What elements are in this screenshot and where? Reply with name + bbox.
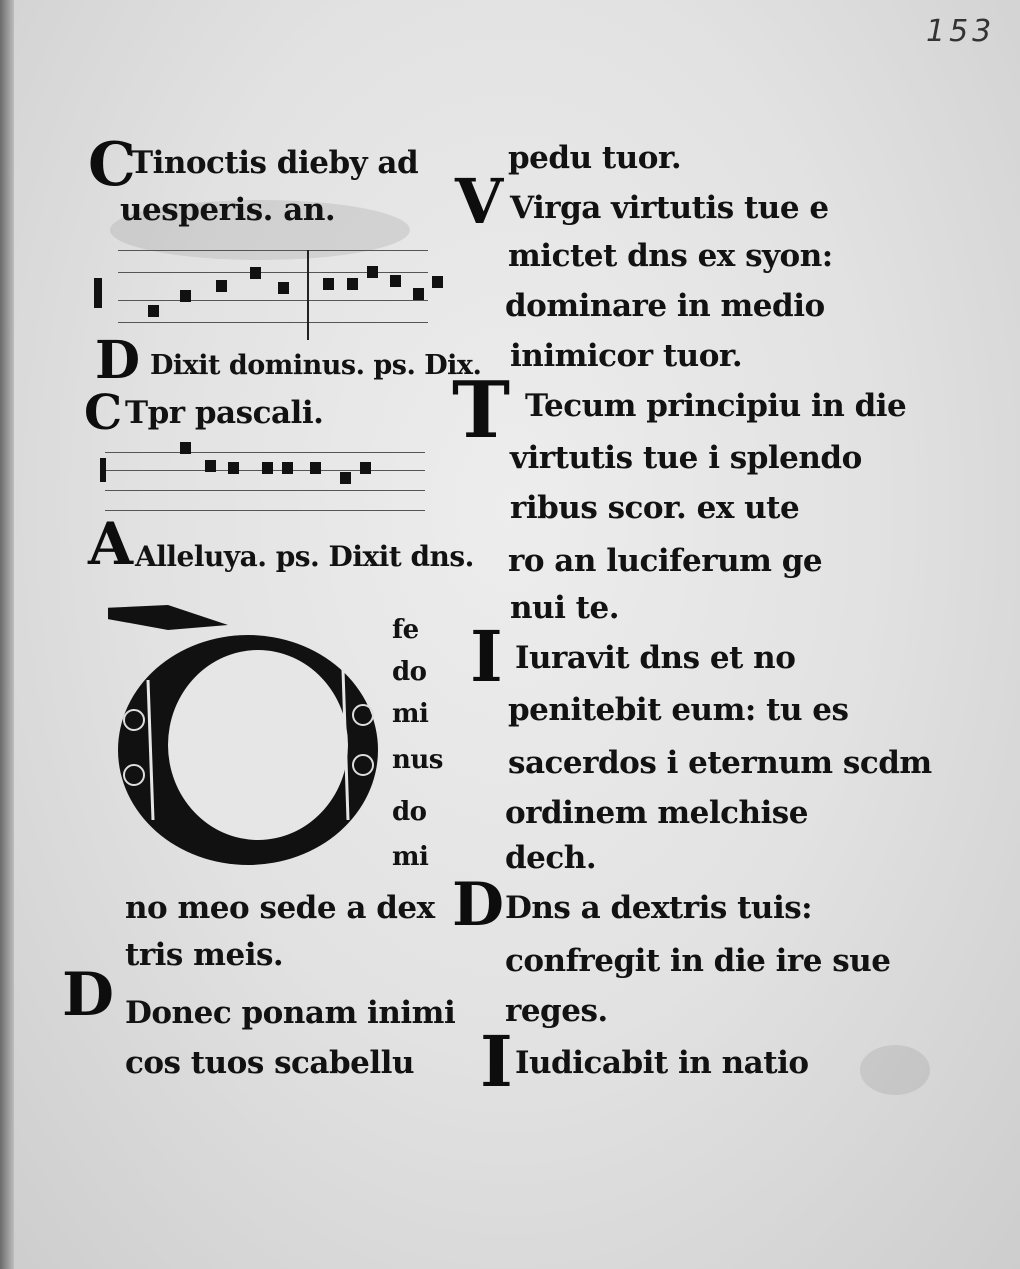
- text-line: Virga virtutis tue e: [510, 190, 829, 226]
- text-line: uesperis. an.: [120, 192, 335, 228]
- text-line: dech.: [505, 840, 596, 876]
- text-line: ribus scor. ex ute: [510, 490, 799, 526]
- text-line: mi: [392, 842, 428, 872]
- stain: [860, 1045, 930, 1095]
- text-line: fe: [392, 615, 419, 645]
- text-line: sacerdos i eternum scdm: [508, 745, 932, 781]
- text-line: reges.: [505, 993, 608, 1029]
- initial-d: D: [95, 330, 140, 391]
- initial-a: A: [88, 510, 133, 578]
- text-line: ro an luciferum ge: [508, 543, 822, 579]
- text-line: Iuravit dns et no: [515, 640, 795, 676]
- text-line: do: [392, 797, 427, 827]
- initial-t: T: [452, 365, 510, 456]
- text-line: Tpr pascali.: [125, 395, 323, 431]
- text-line: mi: [392, 699, 428, 729]
- initial-d: D: [452, 870, 504, 940]
- initial-i: I: [470, 615, 503, 698]
- decorated-initial-d: [108, 590, 383, 865]
- text-line: Iudicabit in natio: [515, 1045, 809, 1081]
- text-line: do: [392, 657, 427, 687]
- text-line: pedu tuor.: [508, 140, 681, 176]
- text-line: cos tuos scabellu: [125, 1045, 414, 1081]
- folio-number: 153: [926, 14, 995, 49]
- text-line: Dns a dextris tuis:: [505, 890, 812, 926]
- text-line: virtutis tue i splendo: [510, 440, 862, 476]
- text-line: Donec ponam inimi: [125, 995, 455, 1031]
- initial-c: C: [84, 385, 122, 441]
- text-line: confregit in die ire sue: [505, 943, 890, 979]
- binding-edge: [0, 0, 14, 1269]
- text-line: inimicor tuor.: [510, 338, 742, 374]
- initial-v: V: [455, 165, 503, 238]
- text-line: penitebit eum: tu es: [508, 692, 848, 728]
- text-line: nui te.: [510, 590, 619, 626]
- initial-c: C: [88, 130, 136, 200]
- initial-d: D: [62, 960, 114, 1030]
- text-line: Dixit dominus. ps. Dix.: [150, 350, 481, 381]
- text-line: Tinoctis dieby ad: [130, 145, 418, 181]
- text-line: no meo sede a dex: [125, 890, 435, 926]
- initial-i: I: [480, 1020, 513, 1103]
- manuscript-page: 153 C Tinoctis dieby ad uesperis. an. D …: [0, 0, 1020, 1269]
- text-line: nus: [392, 745, 443, 775]
- text-line: Tecum principiu in die: [525, 388, 906, 424]
- text-line: ordinem melchise: [505, 795, 808, 831]
- text-line: dominare in medio: [505, 288, 825, 324]
- text-line: mictet dns ex syon:: [508, 238, 833, 274]
- text-line: Alleluya. ps. Dixit dns.: [135, 540, 474, 573]
- text-line: tris meis.: [125, 937, 283, 973]
